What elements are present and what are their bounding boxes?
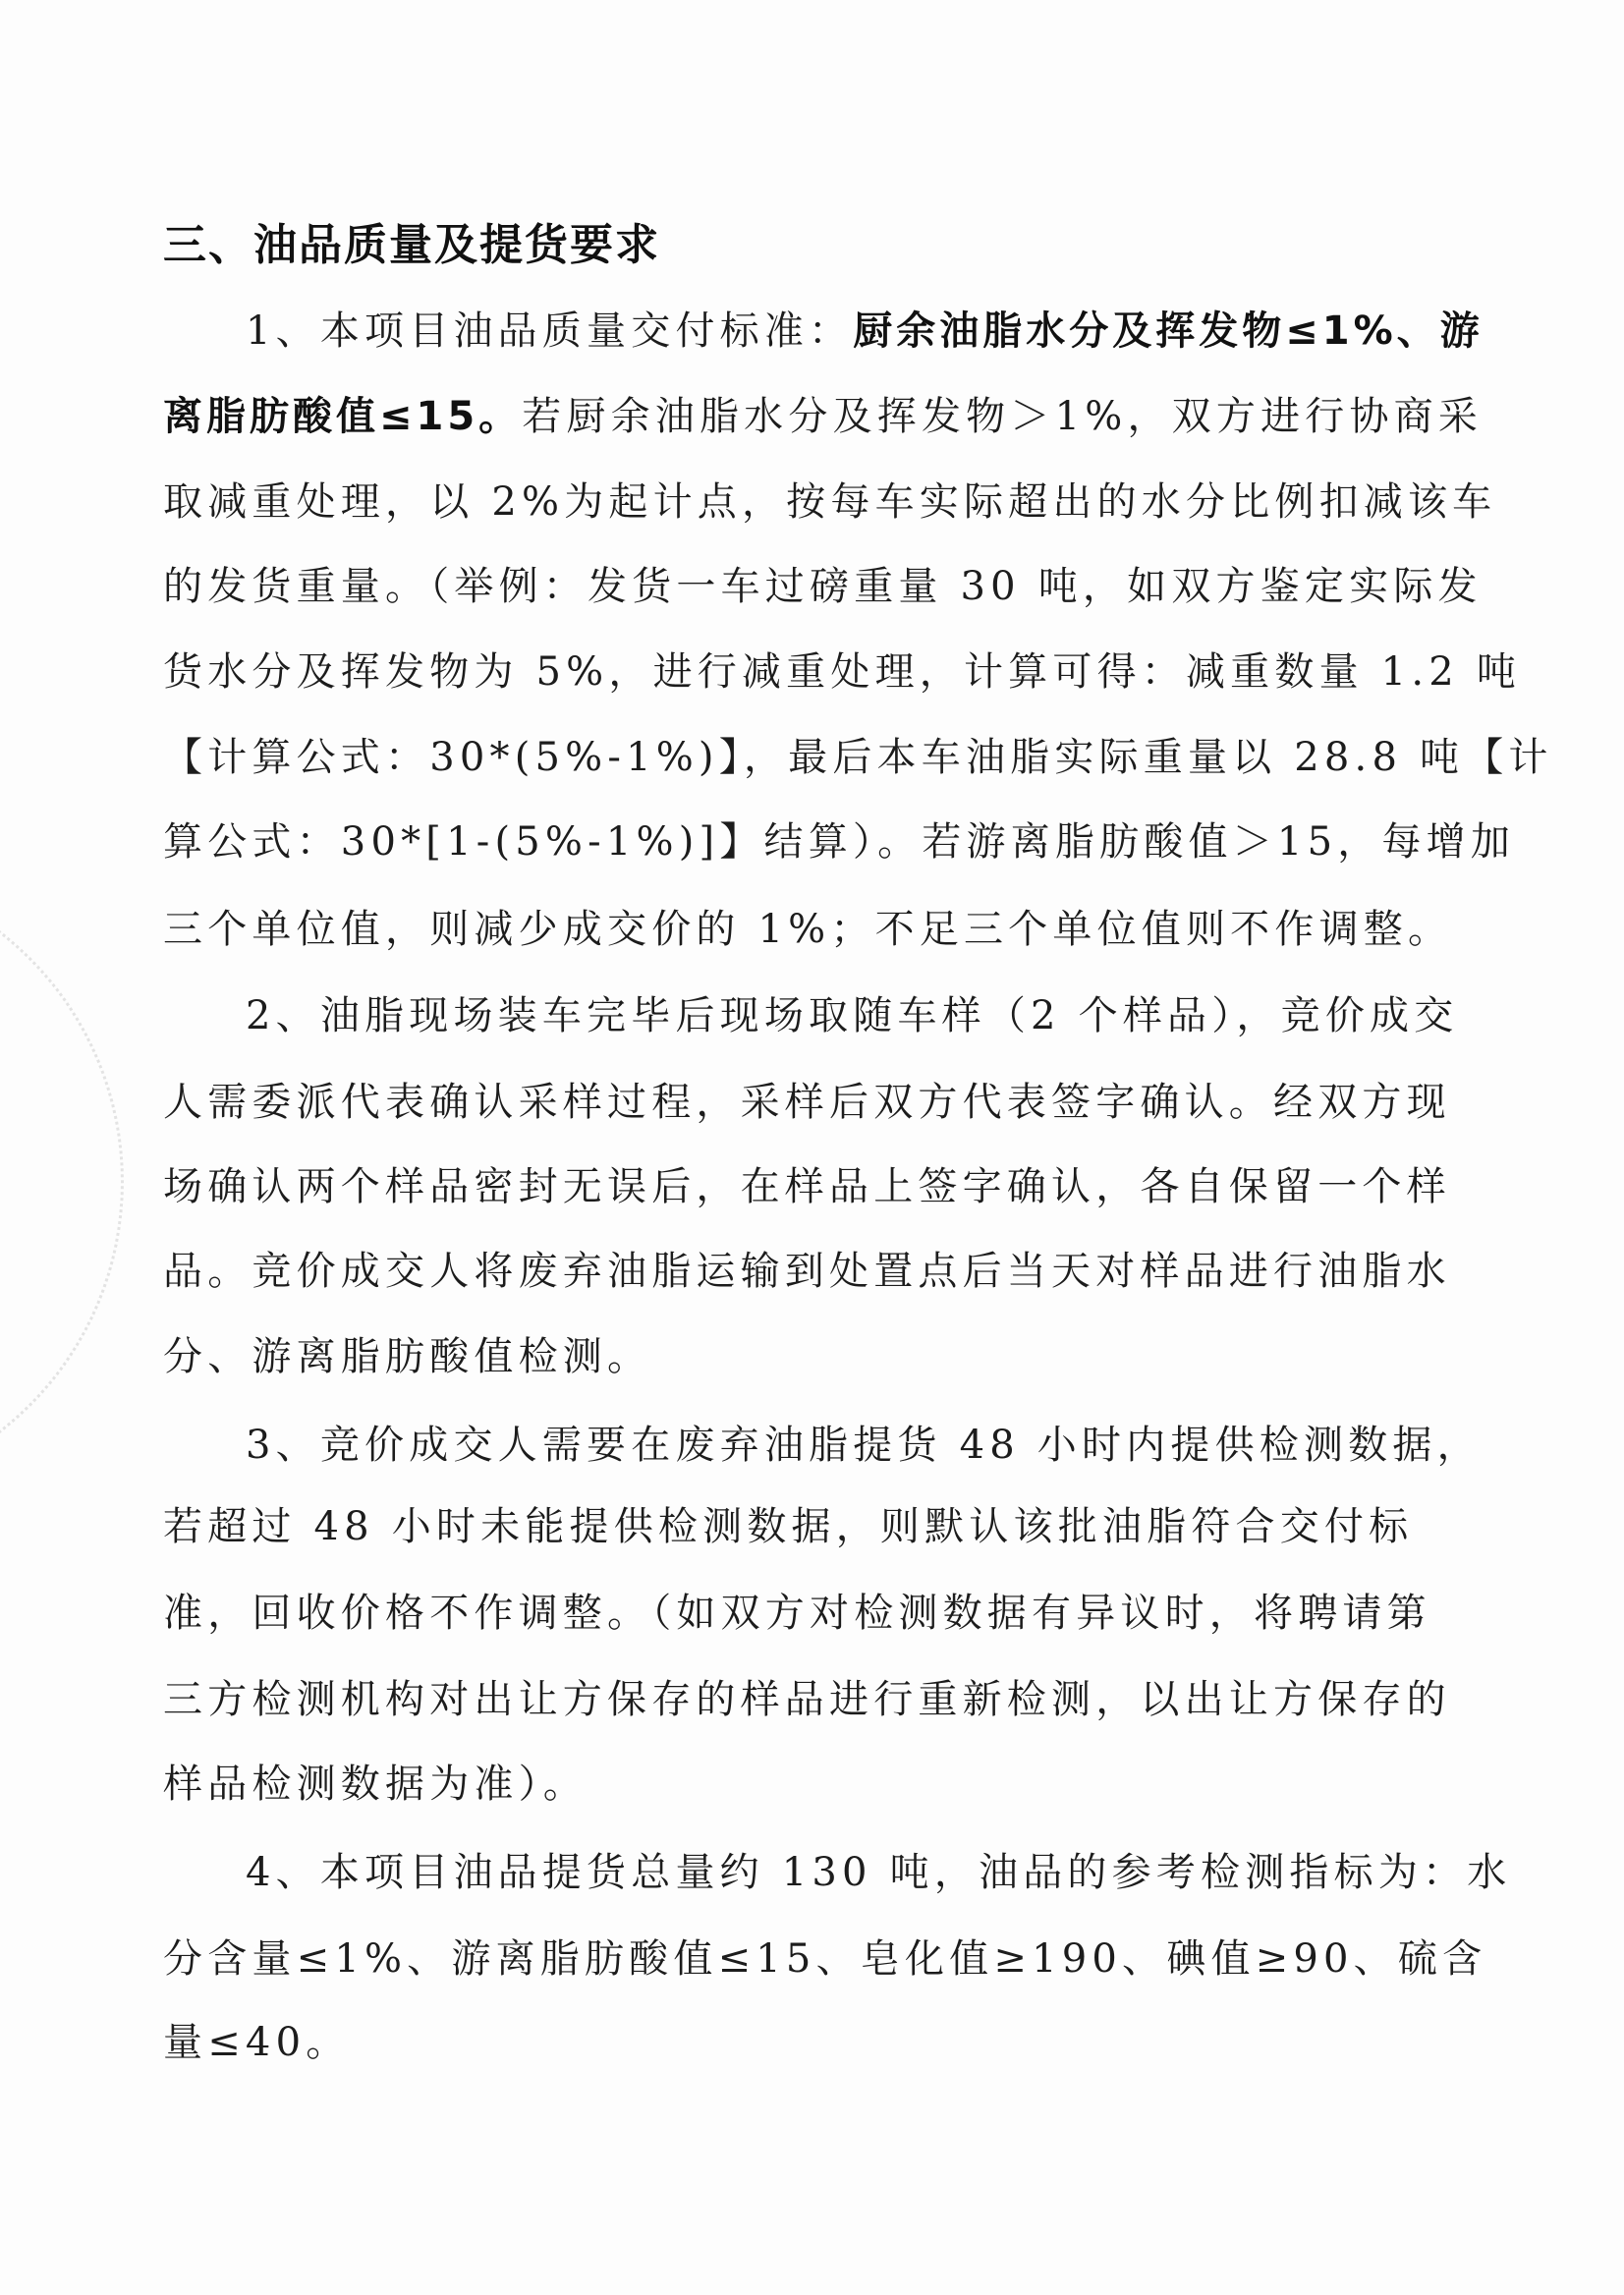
paragraph-line: 货水分及挥发物为 5%，进行减重处理，计算可得：减重数量 1.2 吨: [163, 648, 1521, 696]
paragraph-line: 三个单位值，则减少成交价的 1%；不足三个单位值则不作调整。: [163, 906, 1452, 953]
paragraph-line: 分、游离脂肪酸值检测。: [163, 1333, 651, 1380]
paragraph-line: 2、油脂现场装车完毕后现场取随车样（2 个样品），竞价成交: [246, 992, 1458, 1039]
paragraph-line: 三方检测机构对出让方保存的样品进行重新检测，以出让方保存的: [163, 1676, 1451, 1723]
line-text: 若厨余油脂水分及挥发物＞1%，双方进行协商采: [522, 394, 1483, 439]
paragraph-line: 准，回收价格不作调整。（如双方对检测数据有异议时，将聘请第: [163, 1590, 1431, 1637]
section-heading: 三、油品质量及提货要求: [163, 209, 660, 272]
paragraph-line: 分含量≤1%、游离脂肪酸值≤15、皂化值≥190、碘值≥90、硫含: [163, 1935, 1486, 1983]
paragraph-line: 品。竞价成交人将废弃油脂运输到处置点后当天对样品进行油脂水: [163, 1248, 1451, 1295]
bold-standard-text: 离脂肪酸值≤15。: [163, 394, 522, 439]
paragraph-line: 人需委派代表确认采样过程，采样后双方代表签字确认。经双方现: [163, 1079, 1451, 1126]
line-text: 1、本项目油品质量交付标准：: [246, 308, 853, 354]
paragraph-line: 3、竞价成交人需要在废弃油脂提货 48 小时内提供检测数据，: [246, 1422, 1482, 1469]
paragraph-line: 量≤40。: [163, 2019, 350, 2066]
paragraph-line: 1、本项目油品质量交付标准：厨余油脂水分及挥发物≤1%、游: [246, 308, 1484, 355]
paragraph-line: 算公式：30*[1-(5%-1%)]】结算）。若游离脂肪酸值＞15，每增加: [163, 818, 1515, 866]
faint-seal-mark: [0, 865, 124, 1499]
document-page: 三、油品质量及提货要求 1、本项目油品质量交付标准：厨余油脂水分及挥发物≤1%、…: [0, 0, 1624, 2295]
paragraph-line: 4、本项目油品提货总量约 130 吨，油品的参考检测指标为：水: [246, 1849, 1511, 1896]
paragraph-line: 若超过 48 小时未能提供检测数据，则默认该批油脂符合交付标: [163, 1503, 1413, 1550]
paragraph-line: 【计算公式：30*(5%-1%)】，最后本车油脂实际重量以 28.8 吨【计: [163, 734, 1553, 781]
bold-standard-text: 厨余油脂水分及挥发物≤1%、游: [853, 308, 1483, 354]
paragraph-line: 离脂肪酸值≤15。若厨余油脂水分及挥发物＞1%，双方进行协商采: [163, 393, 1483, 440]
paragraph-line: 取减重处理，以 2%为起计点，按每车实际超出的水分比例扣减该车: [163, 478, 1496, 526]
paragraph-line: 场确认两个样品密封无误后，在样品上签字确认，各自保留一个样: [163, 1163, 1451, 1210]
paragraph-line: 的发货重量。（举例：发货一车过磅重量 30 吨，如双方鉴定实际发: [163, 563, 1483, 610]
paragraph-line: 样品检测数据为准）。: [163, 1761, 588, 1808]
